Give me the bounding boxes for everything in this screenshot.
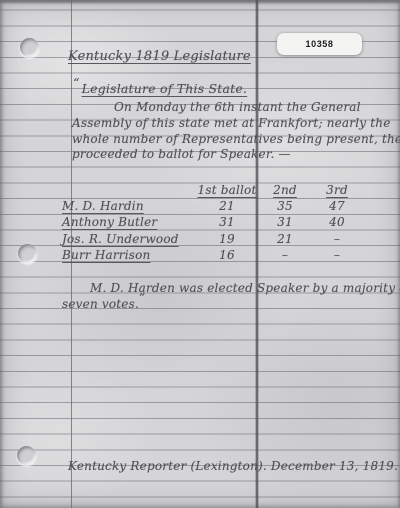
note-title: Kentucky 1819 Legislature <box>68 49 251 64</box>
table-row: Anthony Butler 31 31 40 <box>62 215 361 231</box>
table-row: Jos. R. Underwood 19 21 – <box>62 232 361 248</box>
conclusion-line: seven votes.” <box>62 297 400 313</box>
ballot1-value: 19 <box>197 232 257 246</box>
scanned-page: 10358 Kentucky 1819 Legislature “Legisla… <box>0 0 400 508</box>
catalog-label: 10358 <box>277 33 362 55</box>
table-row: M. D. Hardin 21 35 47 <box>62 199 361 215</box>
close-quote-mark: ” <box>139 291 145 307</box>
ballot3-value: – <box>313 232 361 246</box>
header-3rd: 3rd <box>313 183 361 197</box>
punch-hole-top <box>20 38 39 57</box>
table-header-row: 1st ballot 2nd 3rd <box>62 183 361 199</box>
paragraph-line: proceeded to ballot for Speaker. — <box>72 147 400 163</box>
ballot2-value: – <box>257 248 313 262</box>
candidate-name: Jos. R. Underwood <box>62 232 197 246</box>
catalog-number: 10358 <box>305 39 333 49</box>
conclusion-paragraph: M. D. Harden was elected Speaker by a ma… <box>62 281 400 313</box>
ballot3-value: 47 <box>313 199 361 213</box>
citation: Kentucky Reporter (Lexington). December … <box>68 459 398 473</box>
ballot2-value: 21 <box>257 232 313 246</box>
paragraph-line: whole number of Representatives being pr… <box>72 132 400 148</box>
conclusion-line-text: seven votes. <box>62 297 139 311</box>
candidate-name: Anthony Butler <box>62 215 197 229</box>
ballot-table: 1st ballot 2nd 3rd M. D. Hardin 21 35 47… <box>62 183 361 264</box>
header-2nd: 2nd <box>257 183 313 197</box>
open-quote-mark: “ <box>73 75 80 90</box>
ballot3-value: 40 <box>313 215 361 229</box>
article-heading: “Legislature of This State. <box>73 81 247 96</box>
ballot3-value: – <box>313 248 361 262</box>
ballot2-value: 31 <box>257 215 313 229</box>
page-top-edge <box>0 0 400 4</box>
punch-hole-middle <box>18 244 37 263</box>
table-row: Burr Harrison 16 – – <box>62 248 361 264</box>
paragraph-line: Assembly of this state met at Frankfort;… <box>72 116 400 132</box>
article-heading-text: Legislature of This State. <box>82 81 248 96</box>
paragraph-line: On Monday the 6th instant the General <box>72 100 400 116</box>
conclusion-line: M. D. Harden was elected Speaker by a ma… <box>62 281 400 297</box>
punch-hole-bottom <box>17 446 36 465</box>
body-paragraph: On Monday the 6th instant the General As… <box>72 100 400 163</box>
ballot1-value: 21 <box>197 199 257 213</box>
header-1st-ballot: 1st ballot <box>197 183 257 197</box>
ballot2-value: 35 <box>257 199 313 213</box>
ballot1-value: 16 <box>197 248 257 262</box>
candidate-name: M. D. Hardin <box>62 199 197 213</box>
candidate-name: Burr Harrison <box>62 248 197 262</box>
ballot1-value: 31 <box>197 215 257 229</box>
